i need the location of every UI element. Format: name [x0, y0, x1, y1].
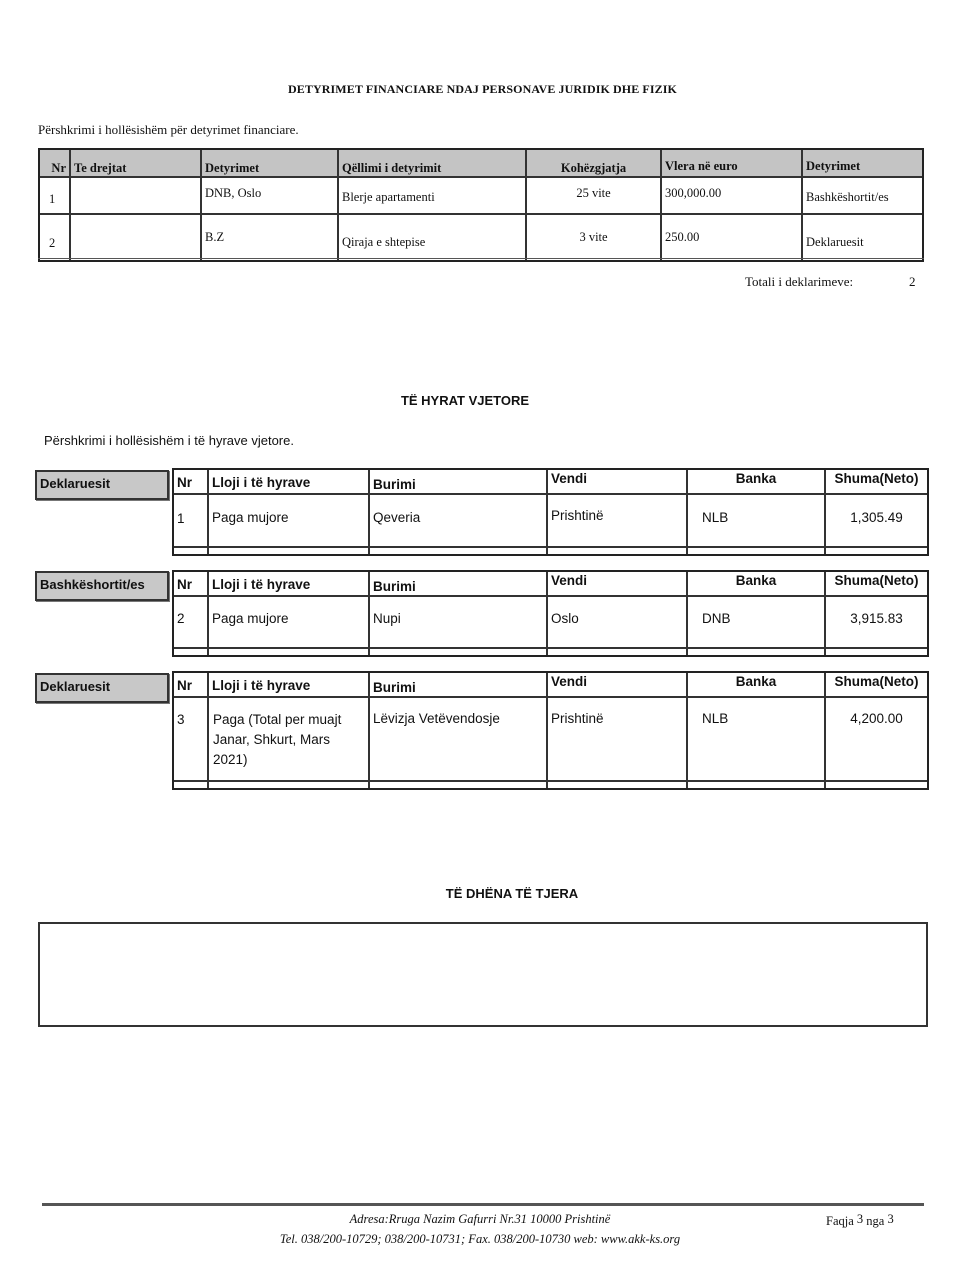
empty-cell	[209, 782, 370, 788]
cell-te-drejtat	[71, 215, 202, 261]
cell-shuma: 4,200.00	[826, 698, 927, 780]
page-label: Faqja	[826, 1214, 854, 1228]
empty-cell	[548, 782, 688, 788]
cell-detyrimet-owner: Deklaruesit	[803, 215, 922, 261]
cell-te-drejtat	[71, 178, 202, 213]
col-lloji: Lloji i të hyrave	[209, 470, 370, 493]
total-declarations-label: Totali i deklarimeve:	[745, 274, 853, 290]
total-declarations-value: 2	[909, 274, 916, 290]
other-data-title: TË DHËNA TË TJERA	[0, 886, 980, 901]
empty-cell	[548, 548, 688, 554]
page-of-label: nga	[866, 1214, 884, 1228]
cell-burimi: Lëvizja Vetëvendosje	[370, 698, 548, 780]
table-row: 1 DNB, Oslo Blerje apartamenti 25 vite 3…	[40, 178, 922, 215]
col-vendi: Vendi	[548, 673, 688, 696]
col-detyrimet: Detyrimet	[202, 150, 339, 176]
empty-cell	[174, 548, 209, 554]
cell-burimi: Nupi	[370, 597, 548, 647]
cell-kohezgjatja: 3 vite	[527, 215, 662, 261]
cell-lloji: Paga (Total per muajt Janar, Shkurt, Mar…	[209, 698, 370, 780]
col-shuma: Shuma(Neto)	[826, 673, 927, 696]
col-burimi: Burimi	[370, 470, 548, 493]
col-vlera: Vlera në euro	[662, 150, 803, 176]
col-vendi: Vendi	[548, 470, 688, 493]
income-table-header: Nr Lloji i të hyrave Burimi Vendi Banka …	[174, 572, 927, 597]
empty-cell	[209, 548, 370, 554]
empty-cell	[370, 649, 548, 655]
col-banka: Banka	[688, 673, 826, 696]
col-nr: Nr	[174, 572, 209, 595]
empty-cell	[688, 782, 826, 788]
income-title: TË HYRAT VJETORE	[0, 393, 930, 408]
col-lloji: Lloji i të hyrave	[209, 572, 370, 595]
page-number: Faqja 3 nga 3	[826, 1214, 894, 1229]
col-shuma: Shuma(Neto)	[826, 572, 927, 595]
declarant-label: Deklaruesit	[35, 470, 169, 500]
empty-cell	[174, 649, 209, 655]
income-table: Nr Lloji i të hyrave Burimi Vendi Banka …	[172, 570, 929, 657]
empty-cell	[209, 649, 370, 655]
income-table-header: Nr Lloji i të hyrave Burimi Vendi Banka …	[174, 470, 927, 495]
obligations-title: DETYRIMET FINANCIARE NDAJ PERSONAVE JURI…	[0, 82, 965, 97]
cell-nr: 1	[174, 495, 209, 546]
cell-vendi: Prishtinë	[548, 495, 688, 546]
empty-cell	[548, 649, 688, 655]
col-banka: Banka	[688, 470, 826, 493]
col-nr: Nr	[174, 673, 209, 696]
empty-cell	[370, 548, 548, 554]
empty-cell	[174, 782, 209, 788]
empty-cell	[688, 649, 826, 655]
declarant-label: Deklaruesit	[35, 673, 169, 703]
col-qellimi: Qëllimi i detyrimit	[339, 150, 527, 176]
col-lloji: Lloji i të hyrave	[209, 673, 370, 696]
table-row: 2 B.Z Qiraja e shtepise 3 vite 250.00 De…	[40, 215, 922, 261]
income-table-header: Nr Lloji i të hyrave Burimi Vendi Banka …	[174, 673, 927, 698]
cell-nr: 2	[174, 597, 209, 647]
table-footer-row	[174, 647, 927, 655]
col-kohezgjatja: Kohëzgjatja	[527, 150, 662, 176]
cell-shuma: 1,305.49	[826, 495, 927, 546]
cell-banka: NLB	[688, 495, 826, 546]
footer-address: Adresa:Rruga Nazim Gafurri Nr.31 10000 P…	[0, 1212, 960, 1227]
col-vendi: Vendi	[548, 572, 688, 595]
col-nr: Nr	[40, 150, 71, 176]
income-description: Përshkrimi i hollësishëm i të hyrave vje…	[44, 433, 294, 448]
cell-kohezgjatja: 25 vite	[527, 178, 662, 213]
footer-divider	[42, 1203, 924, 1206]
table-footer-row	[174, 780, 927, 788]
cell-vendi: Oslo	[548, 597, 688, 647]
table-footer-row	[174, 546, 927, 554]
page-total: 3	[887, 1212, 893, 1226]
cell-banka: NLB	[688, 698, 826, 780]
table-row: 3 Paga (Total per muajt Janar, Shkurt, M…	[174, 698, 927, 780]
empty-cell	[826, 782, 927, 788]
cell-vendi: Prishtinë	[548, 698, 688, 780]
spouse-label: Bashkëshortit/es	[35, 571, 169, 601]
col-shuma: Shuma(Neto)	[826, 470, 927, 493]
cell-shuma: 3,915.83	[826, 597, 927, 647]
col-banka: Banka	[688, 572, 826, 595]
col-burimi: Burimi	[370, 572, 548, 595]
obligations-description: Përshkrimi i hollësishëm për detyrimet f…	[38, 122, 299, 138]
cell-burimi: Qeveria	[370, 495, 548, 546]
cell-detyrimet: B.Z	[202, 215, 339, 261]
obligations-table: Nr Te drejtat Detyrimet Qëllimi i detyri…	[38, 148, 924, 261]
footer-contact: Tel. 038/200-10729; 038/200-10731; Fax. …	[0, 1232, 960, 1247]
page-current: 3	[857, 1212, 863, 1226]
col-detyrimet-owner: Detyrimet	[803, 150, 922, 176]
col-nr: Nr	[174, 470, 209, 493]
cell-nr: 3	[174, 698, 209, 780]
empty-cell	[826, 548, 927, 554]
table-row: 1 Paga mujore Qeveria Prishtinë NLB 1,30…	[174, 495, 927, 546]
other-data-box	[38, 922, 928, 1027]
cell-nr: 2	[40, 215, 71, 261]
cell-nr: 1	[40, 178, 71, 213]
cell-vlera: 300,000.00	[662, 178, 803, 213]
cell-qellimi: Blerje apartamenti	[339, 178, 527, 213]
empty-cell	[370, 782, 548, 788]
table-row: 2 Paga mujore Nupi Oslo DNB 3,915.83	[174, 597, 927, 647]
cell-detyrimet-owner: Bashkëshortit/es	[803, 178, 922, 213]
empty-cell	[826, 649, 927, 655]
cell-vlera: 250.00	[662, 215, 803, 261]
table-bottom-border	[38, 258, 924, 262]
empty-cell	[688, 548, 826, 554]
cell-detyrimet: DNB, Oslo	[202, 178, 339, 213]
income-table: Nr Lloji i të hyrave Burimi Vendi Banka …	[172, 468, 929, 556]
income-table: Nr Lloji i të hyrave Burimi Vendi Banka …	[172, 671, 929, 790]
cell-lloji: Paga mujore	[209, 495, 370, 546]
cell-lloji: Paga mujore	[209, 597, 370, 647]
col-burimi: Burimi	[370, 673, 548, 696]
cell-banka: DNB	[688, 597, 826, 647]
cell-qellimi: Qiraja e shtepise	[339, 215, 527, 261]
obligations-table-header: Nr Te drejtat Detyrimet Qëllimi i detyri…	[40, 150, 922, 178]
col-te-drejtat: Te drejtat	[71, 150, 202, 176]
